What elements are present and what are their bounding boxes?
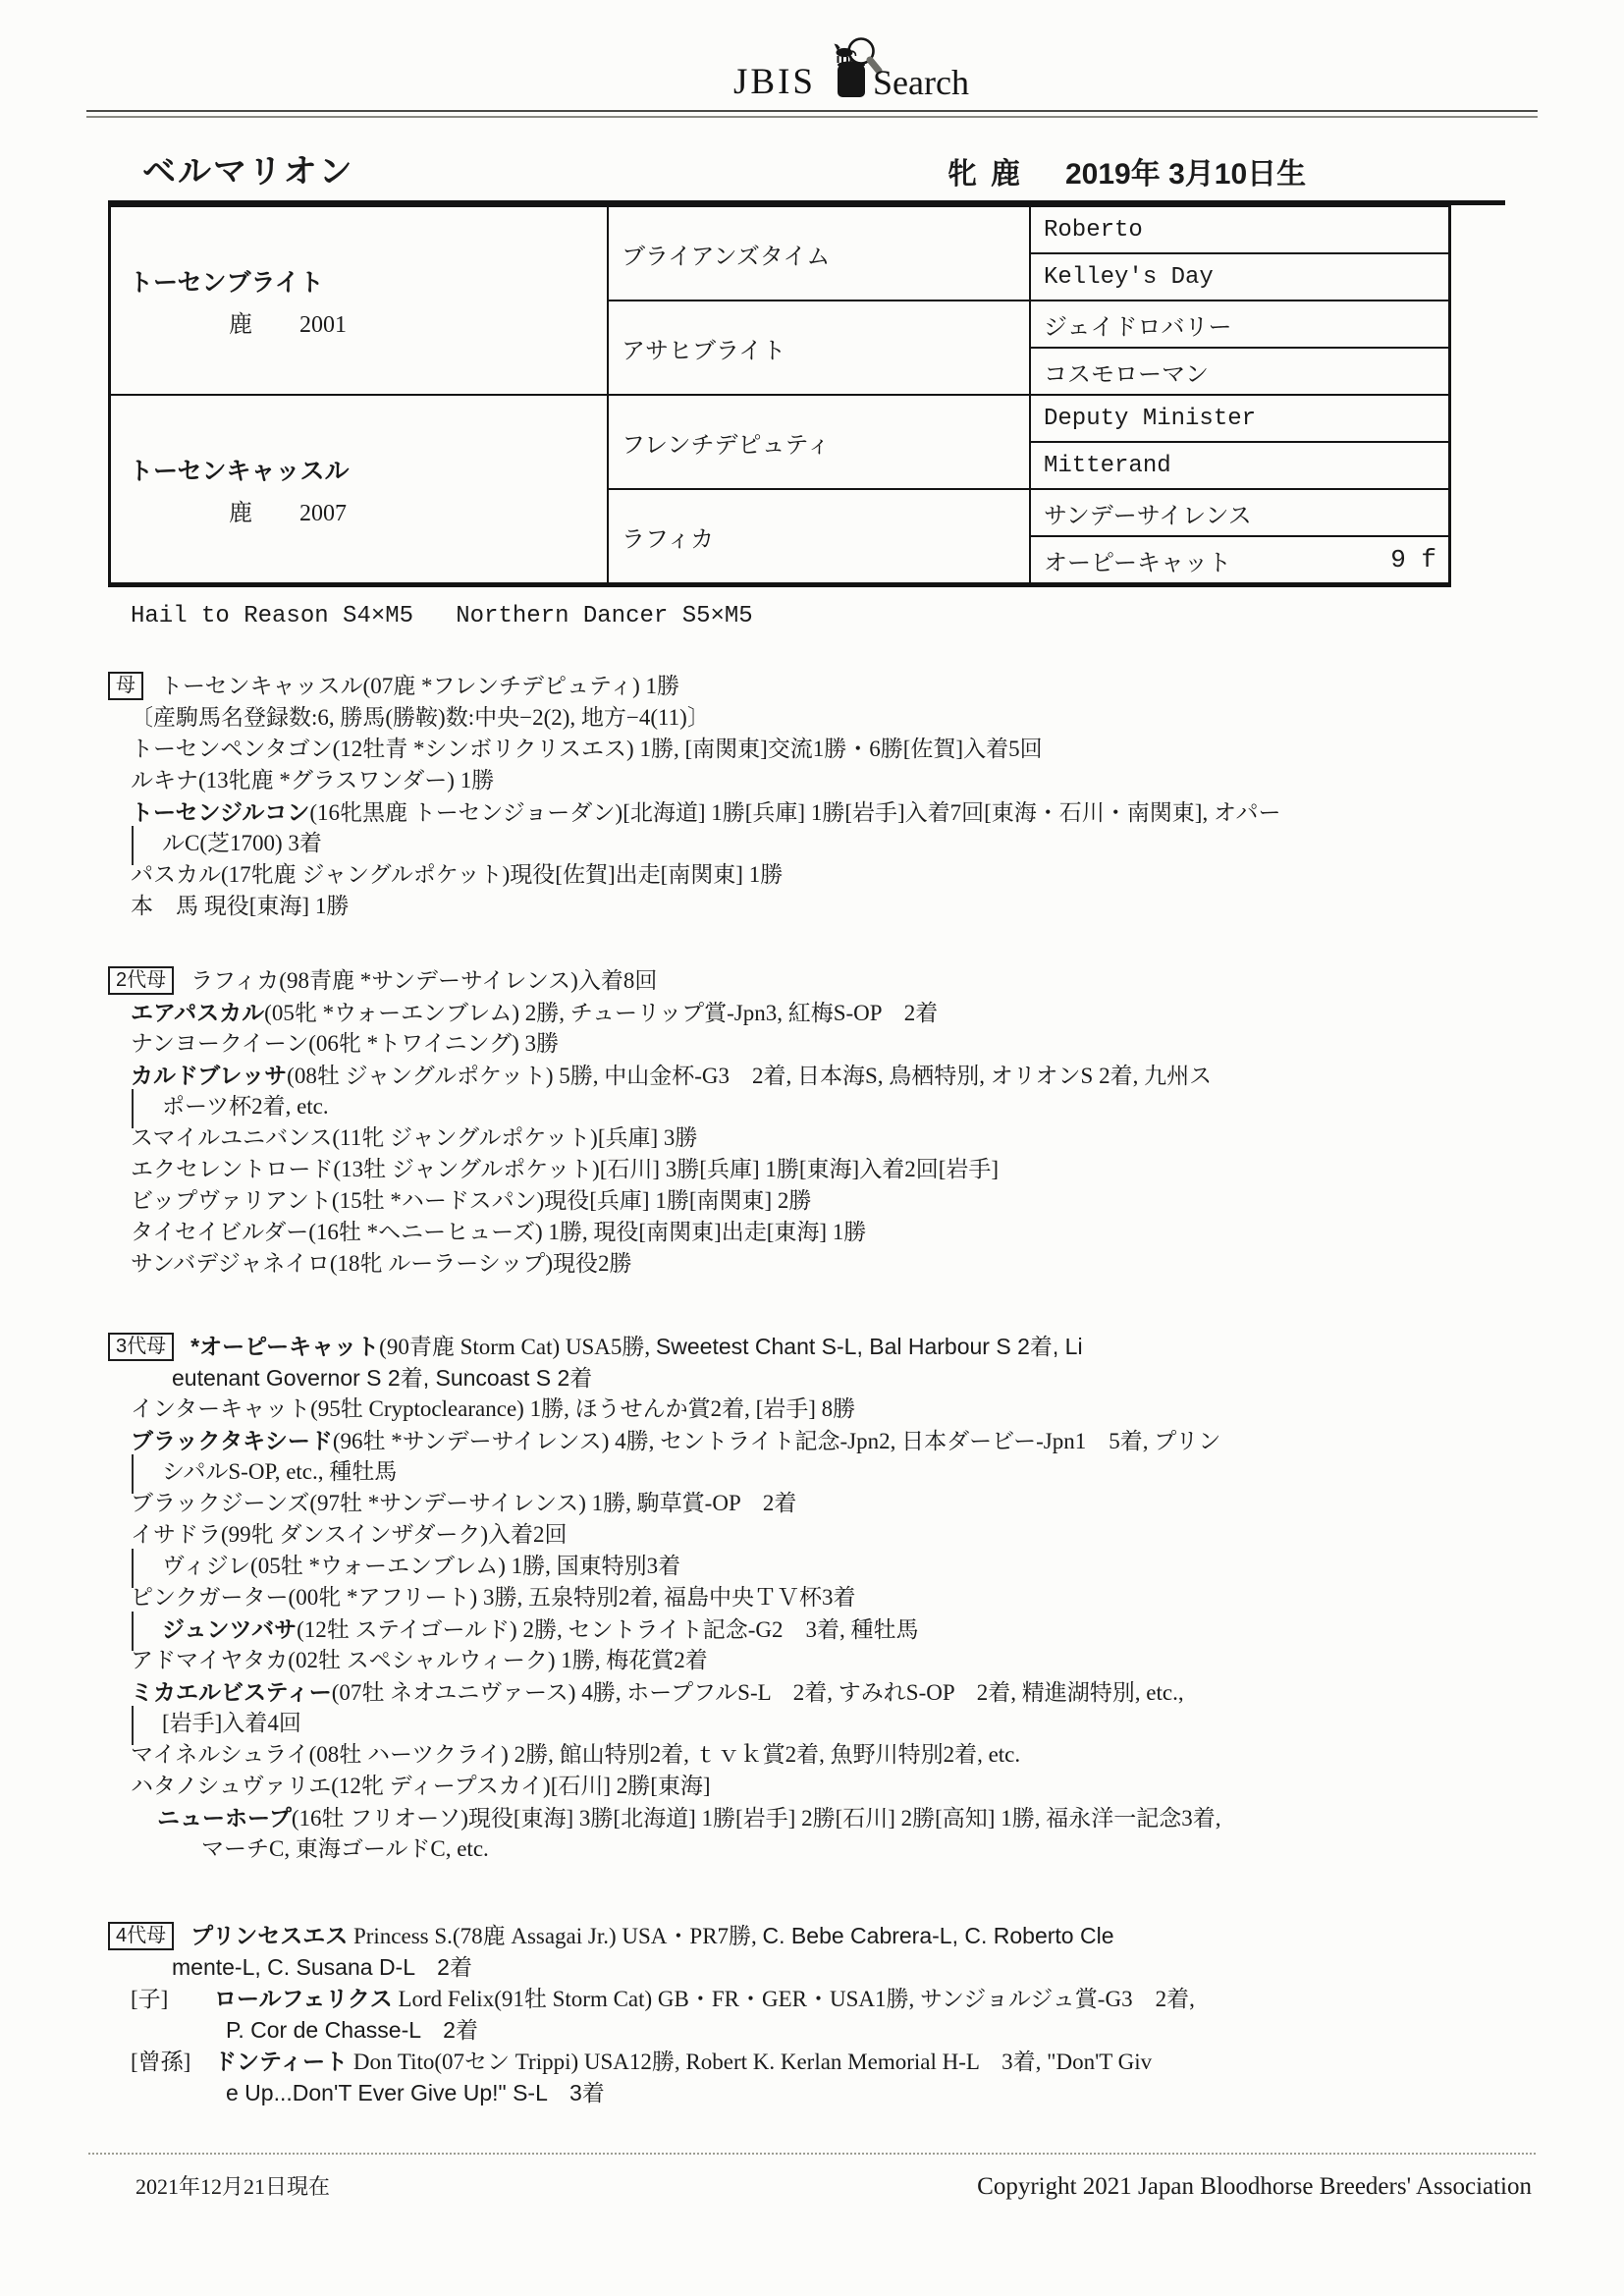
pedigree-greatgrandparent-cell: オーピーキャット9 f bbox=[1030, 536, 1450, 585]
line-text: P. Cor de Chasse-L 2着 bbox=[226, 2017, 478, 2043]
line-text: (16牝黒鹿 トーセンジョーダン)[北海道] 1勝[兵庫] 1勝[岩手]入着7回… bbox=[309, 800, 1280, 825]
grandparent-name: アサヒブライト bbox=[609, 331, 1029, 365]
family-line: ハタノシュヴァリエ(12牝 ディープスカイ)[石川] 2勝[東海] bbox=[108, 1771, 1545, 1802]
line-text: マイネルシュライ(08牡 ハーツクライ) 2勝, 館山特別2着, ｔｖｋ賞2着,… bbox=[131, 1742, 1020, 1767]
line-text: Lord Felix(91牡 Storm Cat) GB・FR・GER・USA1… bbox=[393, 1987, 1195, 2011]
family-line: ヴィジレ(05牡 *ウォーエンブレム) 1勝, 国東特別3着 bbox=[108, 1551, 1545, 1582]
inbreeding-line: Hail to Reason S4×M5 Northern Dancer S5×… bbox=[131, 603, 1624, 629]
family-section: 2代母ラフィカ(98青鹿 *サンデーサイレンス)入着8回エアパスカル(05牝 *… bbox=[108, 965, 1545, 1280]
greatgrandparent-name: Deputy Minister bbox=[1031, 406, 1256, 432]
family-line: ナンヨークイーン(06牝 *トワイニング) 3勝 bbox=[108, 1028, 1545, 1060]
family-line: インターキャット(95牡 Cryptoclearance) 1勝, ほうせんか賞… bbox=[108, 1394, 1545, 1425]
line-text: ポーツ杯2着, etc. bbox=[162, 1094, 329, 1119]
pedigree-row: トーセンキャッスル鹿 2007フレンチデピュティDeputy Minister bbox=[110, 395, 1450, 442]
family-line: ミカエルビスティー(07牡 ネオユニヴァース) 4勝, ホープフルS-L 2着,… bbox=[108, 1676, 1545, 1708]
horse-birthdate: 2019年 3月10日生 bbox=[1065, 158, 1306, 191]
family-section: 3代母*オーピーキャット(90青鹿 Storm Cat) USA5勝, Swee… bbox=[108, 1331, 1545, 1865]
pedigree-grandparent-cell: ラフィカ bbox=[608, 489, 1030, 585]
logo-search-text: Search bbox=[873, 65, 969, 100]
line-text: (90青鹿 Storm Cat) USA5勝, bbox=[379, 1335, 656, 1359]
line-text: 本 馬 現役[東海] 1勝 bbox=[131, 894, 349, 918]
greatgrandparent-name: Roberto bbox=[1031, 217, 1143, 244]
line-text: (12牡 ステイゴールド) 2勝, セントライト記念-G2 3着, 種牡馬 bbox=[297, 1617, 918, 1642]
line-text: 〔産駒馬名登録数:6, 勝馬(勝鞍)数:中央−2(2), 地方−4(11)〕 bbox=[131, 705, 710, 730]
pedigree-greatgrandparent-cell: Deputy Minister bbox=[1030, 395, 1450, 442]
section-label: 3代母 bbox=[108, 1333, 174, 1361]
horse-name: ベルマリオン bbox=[142, 144, 354, 192]
line-text: ルキナ(13牝鹿 *グラスワンダー) 1勝 bbox=[131, 768, 494, 793]
family-line: タイセイビルダー(16牡 *ヘニーヒューズ) 1勝, 現役[南関東]出走[東海]… bbox=[108, 1217, 1545, 1248]
line-text: アドマイヤタカ(02牡 スペシャルウィーク) 1勝, 梅花賞2着 bbox=[131, 1648, 708, 1672]
family-line: ビップヴァリアント(15牡 *ハードスパン)現役[兵庫] 1勝[南関東] 2勝 bbox=[108, 1185, 1545, 1217]
pedigree-greatgrandparent-cell: Mitterand bbox=[1030, 442, 1450, 489]
horse-name-bold: ニューホープ bbox=[157, 1805, 292, 1831]
horse-name-bold: カルドブレッサ bbox=[131, 1063, 287, 1088]
line-text: ルC(芝1700) 3着 bbox=[162, 831, 322, 855]
horse-name-bold: ブラックタキシード bbox=[131, 1428, 333, 1453]
family-line: シパルS-OP, etc., 種牡馬 bbox=[108, 1456, 1545, 1488]
section-first-line: 4代母プリンセスエス Princess S.(78鹿 Assagai Jr.) … bbox=[108, 1920, 1545, 1951]
family-line: スマイルユニバンス(11牝 ジャングルポケット)[兵庫] 3勝 bbox=[108, 1122, 1545, 1154]
line-text: (07牡 ネオユニヴァース) 4勝, ホープフルS-L 2着, すみれS-OP … bbox=[332, 1680, 1184, 1705]
family-section: 4代母プリンセスエス Princess S.(78鹿 Assagai Jr.) … bbox=[108, 1920, 1545, 2108]
horse-title-row: ベルマリオン 牝鹿2019年 3月10日生 bbox=[108, 151, 1505, 205]
family-line: ルキナ(13牝鹿 *グラスワンダー) 1勝 bbox=[108, 765, 1545, 796]
horse-coat: 鹿 bbox=[991, 158, 1020, 191]
section-first-line: 母トーセンキャッスル(07鹿 *フレンチデピュティ) 1勝 bbox=[108, 671, 1545, 702]
grandparent-name: フレンチデピュティ bbox=[609, 425, 1029, 460]
line-text: イサドラ(99牝 ダンスインザダーク)入着2回 bbox=[131, 1522, 568, 1547]
line-text: ブラックジーンズ(97牡 *サンデーサイレンス) 1勝, 駒草賞-OP 2着 bbox=[131, 1491, 796, 1515]
section-first-line: 3代母*オーピーキャット(90青鹿 Storm Cat) USA5勝, Swee… bbox=[108, 1331, 1545, 1362]
greatgrandparent-wrap: サンデーサイレンス bbox=[1031, 496, 1448, 530]
horse-name-bold: プリンセスエス bbox=[190, 1923, 348, 1948]
pedigree-greatgrandparent-cell: コスモローマン bbox=[1030, 348, 1450, 395]
pedigree-greatgrandparent-cell: ジェイドロバリー bbox=[1030, 301, 1450, 348]
family-line: エアパスカル(05牝 *ウォーエンブレム) 2勝, チューリップ賞-Jpn3, … bbox=[108, 997, 1545, 1028]
family-line: 〔産駒馬名登録数:6, 勝馬(勝鞍)数:中央−2(2), 地方−4(11)〕 bbox=[108, 702, 1545, 734]
pedigree-grandparent-cell: アサヒブライト bbox=[608, 301, 1030, 395]
greatgrandparent-wrap: Roberto bbox=[1031, 217, 1448, 244]
horse-name-bold: トーセンジルコン bbox=[131, 799, 309, 825]
line-text: トーセンキャッスル(07鹿 *フレンチデピュティ) 1勝 bbox=[160, 674, 679, 698]
pedigree-greatgrandparent-cell: Roberto bbox=[1030, 206, 1450, 253]
line-text: mente-L, C. Susana D-L 2着 bbox=[172, 1954, 472, 1980]
section-first-line: 2代母ラフィカ(98青鹿 *サンデーサイレンス)入着8回 bbox=[108, 965, 1545, 997]
family-line: [岩手]入着4回 bbox=[108, 1708, 1545, 1739]
line-text: ハタノシュヴァリエ(12牝 ディープスカイ)[石川] 2勝[東海] bbox=[131, 1774, 711, 1798]
greatgrandparent-wrap: ジェイドロバリー bbox=[1031, 307, 1448, 342]
family-line: イサドラ(99牝 ダンスインザダーク)入着2回 bbox=[108, 1519, 1545, 1551]
horse-name-bold: エアパスカル bbox=[131, 1000, 264, 1025]
greatgrandparent-wrap: Mitterand bbox=[1031, 453, 1448, 479]
line-text: ナンヨークイーン(06牝 *トワイニング) 3勝 bbox=[131, 1031, 559, 1056]
greatgrandparent-name: ジェイドロバリー bbox=[1031, 307, 1232, 342]
family-line: ブラックタキシード(96牡 *サンデーサイレンス) 4勝, セントライト記念-J… bbox=[108, 1425, 1545, 1456]
horse-name-bold: ミカエルビスティー bbox=[131, 1679, 332, 1705]
line-text: Don Tito(07セン Trippi) USA12勝, Robert K. … bbox=[348, 2050, 1152, 2074]
pedigree-greatgrandparent-cell: サンデーサイレンス bbox=[1030, 489, 1450, 536]
copyright-text: Copyright 2021 Japan Bloodhorse Breeders… bbox=[977, 2173, 1532, 2201]
line-text: インターキャット(95牡 Cryptoclearance) 1勝, ほうせんか賞… bbox=[131, 1396, 855, 1421]
family-line: トーセンペンタゴン(12牡青 *シンボリクリスエス) 1勝, [南関東]交流1勝… bbox=[108, 734, 1545, 765]
line-text: タイセイビルダー(16牡 *ヘニーヒューズ) 1勝, 現役[南関東]出走[東海]… bbox=[131, 1220, 866, 1244]
greatgrandparent-name: Mitterand bbox=[1031, 453, 1171, 479]
pedigree-grandparent-cell: ブライアンズタイム bbox=[608, 206, 1030, 301]
line-text: サンバデジャネイロ(18牝 ルーラーシップ)現役2勝 bbox=[131, 1251, 632, 1276]
logo-jbis-text: JBIS bbox=[733, 64, 816, 100]
line-text: (16牡 フリオーソ)現役[東海] 3勝[北海道] 1勝[岩手] 2勝[石川] … bbox=[292, 1806, 1221, 1831]
line-text: ビップヴァリアント(15牡 *ハードスパン)現役[兵庫] 1勝[南関東] 2勝 bbox=[131, 1188, 811, 1213]
family-number: 9 f bbox=[1390, 545, 1436, 574]
parent-name: トーセンブライト bbox=[111, 263, 607, 299]
family-line: ルC(芝1700) 3着 bbox=[108, 828, 1545, 859]
pedigree-greatgrandparent-cell: Kelley's Day bbox=[1030, 253, 1450, 301]
family-line: mente-L, C. Susana D-L 2着 bbox=[108, 1951, 1545, 1983]
family-line: パスカル(17牝鹿 ジャングルポケット)現役[佐賀]出走[南関東] 1勝 bbox=[108, 859, 1545, 891]
family-line: [子]ロールフェリクス Lord Felix(91牡 Storm Cat) GB… bbox=[108, 1983, 1545, 2014]
line-text: ピンクガーター(00牝 *アフリート) 3勝, 五泉特別2着, 福島中央ＴＶ杯3… bbox=[131, 1585, 855, 1610]
line-text: (05牝 *ウォーエンブレム) 2勝, チューリップ賞-Jpn3, 紅梅S-OP… bbox=[264, 1001, 938, 1025]
family-line: ニューホープ(16牡 フリオーソ)現役[東海] 3勝[北海道] 1勝[岩手] 2… bbox=[108, 1802, 1545, 1833]
family-line: 本 馬 現役[東海] 1勝 bbox=[108, 891, 1545, 922]
jbis-search-logo: JBIS Search bbox=[39, 35, 1624, 100]
horse-name-bold: ジュンツバサ bbox=[162, 1616, 297, 1642]
family-line: サンバデジャネイロ(18牝 ルーラーシップ)現役2勝 bbox=[108, 1248, 1545, 1280]
family-line: eutenant Governor S 2着, Suncoast S 2着 bbox=[108, 1362, 1545, 1394]
pedigree-page: JBIS Search ベルマリオン 牝鹿2019年 3月10日生 トーセンブラ… bbox=[0, 0, 1624, 2296]
line-text: e Up...Don'T Ever Give Up!" S-L 3着 bbox=[226, 2080, 605, 2105]
line-text: [曾孫] bbox=[131, 2047, 214, 2078]
horse-name-bold: ロールフェリクス bbox=[214, 1986, 393, 2011]
as-of-date: 2021年12月21日現在 bbox=[135, 2170, 330, 2201]
family-line: マーチC, 東海ゴールドC, etc. bbox=[108, 1833, 1545, 1865]
line-text: エクセレントロード(13牡 ジャングルポケット)[石川] 3勝[兵庫] 1勝[東… bbox=[131, 1157, 999, 1181]
line-text: C. Bebe Cabrera-L, C. Roberto Cle bbox=[763, 1923, 1114, 1948]
greatgrandparent-name: サンデーサイレンス bbox=[1031, 496, 1252, 530]
horse-name-bold: ドンティート bbox=[214, 2049, 348, 2074]
greatgrandparent-name: Kelley's Day bbox=[1031, 264, 1214, 291]
header-divider bbox=[86, 110, 1538, 118]
section-label: 4代母 bbox=[108, 1922, 174, 1950]
line-text: シパルS-OP, etc., 種牡馬 bbox=[162, 1459, 397, 1484]
line-text: eutenant Governor S 2着, Suncoast S 2着 bbox=[172, 1365, 592, 1391]
family-line: エクセレントロード(13牡 ジャングルポケット)[石川] 3勝[兵庫] 1勝[東… bbox=[108, 1154, 1545, 1185]
line-text: マーチC, 東海ゴールドC, etc. bbox=[201, 1836, 489, 1861]
greatgrandparent-name: オーピーキャット bbox=[1031, 543, 1231, 577]
greatgrandparent-name: コスモローマン bbox=[1031, 355, 1209, 389]
family-line: ブラックジーンズ(97牡 *サンデーサイレンス) 1勝, 駒草賞-OP 2着 bbox=[108, 1488, 1545, 1519]
greatgrandparent-wrap: コスモローマン bbox=[1031, 355, 1448, 389]
family-line: カルドブレッサ(08牡 ジャングルポケット) 5勝, 中山金杯-G3 2着, 日… bbox=[108, 1060, 1545, 1091]
grandparent-name: ラフィカ bbox=[609, 519, 1029, 554]
line-text: (96牡 *サンデーサイレンス) 4勝, セントライト記念-Jpn2, 日本ダー… bbox=[333, 1429, 1220, 1453]
family-sections: 母トーセンキャッスル(07鹿 *フレンチデピュティ) 1勝〔産駒馬名登録数:6,… bbox=[108, 671, 1545, 2108]
greatgrandparent-wrap: Deputy Minister bbox=[1031, 406, 1448, 432]
horse-meta: 牝鹿2019年 3月10日生 bbox=[947, 149, 1306, 192]
line-text: パスカル(17牝鹿 ジャングルポケット)現役[佐賀]出走[南関東] 1勝 bbox=[131, 862, 783, 887]
line-text: Princess S.(78鹿 Assagai Jr.) USA・PR7勝, bbox=[348, 1924, 762, 1948]
page-footer: 2021年12月21日現在 Copyright 2021 Japan Blood… bbox=[88, 2153, 1536, 2201]
family-section: 母トーセンキャッスル(07鹿 *フレンチデピュティ) 1勝〔産駒馬名登録数:6,… bbox=[108, 671, 1545, 922]
family-line: P. Cor de Chasse-L 2着 bbox=[108, 2014, 1545, 2046]
family-line: ジュンツバサ(12牡 ステイゴールド) 2勝, セントライト記念-G2 3着, … bbox=[108, 1613, 1545, 1645]
line-text: ラフィカ(98青鹿 *サンデーサイレンス)入着8回 bbox=[190, 968, 657, 993]
family-line: [曾孫]ドンティート Don Tito(07セン Trippi) USA12勝,… bbox=[108, 2046, 1545, 2077]
pedigree-table: トーセンブライト鹿 2001ブライアンズタイムRobertoKelley's D… bbox=[108, 205, 1451, 587]
pedigree-row: トーセンブライト鹿 2001ブライアンズタイムRoberto bbox=[110, 206, 1450, 253]
horse-sex: 牝 bbox=[947, 158, 977, 191]
parent-coat-year: 鹿 2007 bbox=[111, 493, 607, 527]
parent-coat-year: 鹿 2001 bbox=[111, 304, 607, 339]
grandparent-name: ブライアンズタイム bbox=[609, 237, 1029, 271]
family-line: トーセンジルコン(16牝黒鹿 トーセンジョーダン)[北海道] 1勝[兵庫] 1勝… bbox=[108, 796, 1545, 828]
line-text: トーセンペンタゴン(12牡青 *シンボリクリスエス) 1勝, [南関東]交流1勝… bbox=[131, 737, 1043, 761]
greatgrandparent-wrap: Kelley's Day bbox=[1031, 264, 1448, 291]
line-text: (08牡 ジャングルポケット) 5勝, 中山金杯-G3 2着, 日本海S, 鳥栖… bbox=[287, 1064, 1212, 1088]
family-line: ピンクガーター(00牝 *アフリート) 3勝, 五泉特別2着, 福島中央ＴＶ杯3… bbox=[108, 1582, 1545, 1613]
line-text: Sweetest Chant S-L, Bal Harbour S 2着, Li bbox=[656, 1334, 1083, 1359]
family-line: アドマイヤタカ(02牡 スペシャルウィーク) 1勝, 梅花賞2着 bbox=[108, 1645, 1545, 1676]
section-label: 2代母 bbox=[108, 966, 174, 995]
pedigree-grandparent-cell: フレンチデピュティ bbox=[608, 395, 1030, 489]
pedigree-parent-cell: トーセンブライト鹿 2001 bbox=[110, 206, 609, 395]
line-text: [岩手]入着4回 bbox=[162, 1711, 301, 1735]
page-header: JBIS Search bbox=[0, 0, 1624, 118]
family-line: e Up...Don'T Ever Give Up!" S-L 3着 bbox=[108, 2077, 1545, 2108]
line-text: [子] bbox=[131, 1984, 214, 2015]
horse-name-bold: *オーピーキャット bbox=[190, 1334, 379, 1359]
parent-name: トーセンキャッスル bbox=[111, 452, 607, 487]
family-line: マイネルシュライ(08牡 ハーツクライ) 2勝, 館山特別2着, ｔｖｋ賞2着,… bbox=[108, 1739, 1545, 1771]
line-text: ヴィジレ(05牡 *ウォーエンブレム) 1勝, 国東特別3着 bbox=[162, 1554, 680, 1578]
line-text: スマイルユニバンス(11牝 ジャングルポケット)[兵庫] 3勝 bbox=[131, 1125, 697, 1150]
pedigree-parent-cell: トーセンキャッスル鹿 2007 bbox=[110, 395, 609, 585]
footer-divider bbox=[88, 2153, 1536, 2155]
family-line: ポーツ杯2着, etc. bbox=[108, 1091, 1545, 1122]
greatgrandparent-wrap: オーピーキャット9 f bbox=[1031, 543, 1448, 577]
section-label: 母 bbox=[108, 672, 143, 700]
